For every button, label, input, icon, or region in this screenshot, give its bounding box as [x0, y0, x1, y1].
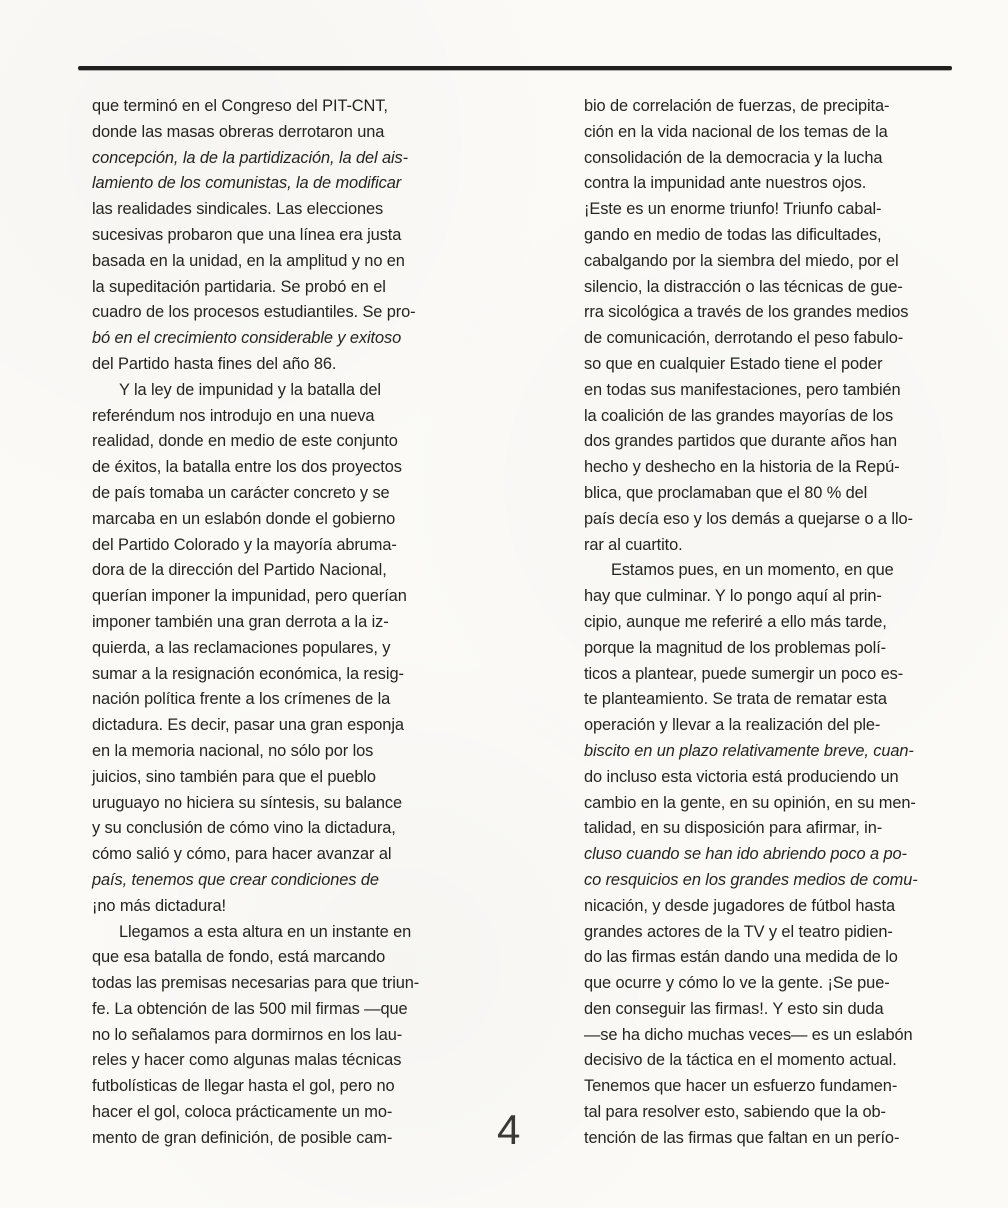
text-line: cluso cuando se han ido abriendo poco a … [584, 842, 950, 868]
text-line: de país tomaba un carácter concreto y se [92, 481, 458, 507]
text-line: Llegamos a esta altura en un instante en [119, 920, 458, 946]
text-line: del Partido Colorado y la mayoría abruma… [92, 533, 458, 559]
text-line: que terminó en el Congreso del PIT-CNT, [92, 94, 458, 120]
text-line: rra sicológica a través de los grandes m… [584, 300, 950, 326]
text-line: de éxitos, la batalla entre los dos proy… [92, 455, 458, 481]
text-line: grandes actores de la TV y el teatro pid… [584, 920, 950, 946]
text-line: imponer también una gran derrota a la iz… [92, 610, 458, 636]
text-line: querían imponer la impunidad, pero querí… [92, 584, 458, 610]
text-line: todas las premisas necesarias para que t… [92, 971, 458, 997]
text-line: operación y llevar a la realización del … [584, 713, 950, 739]
text-line: bio de correlación de fuerzas, de precip… [584, 94, 950, 120]
text-line: y su conclusión de cómo vino la dictadur… [92, 816, 458, 842]
text-line: cipio, aunque me referiré a ello más tar… [584, 610, 950, 636]
text-line: fe. La obtención de las 500 mil firmas —… [92, 997, 458, 1023]
text-line: sumar a la resignación económica, la res… [92, 662, 458, 688]
text-line: marcaba en un eslabón donde el gobierno [92, 507, 458, 533]
text-line: so que en cualquier Estado tiene el pode… [584, 352, 950, 378]
text-line: futbolísticas de llegar hasta el gol, pe… [92, 1074, 458, 1100]
text-line: quierda, a las reclamaciones populares, … [92, 636, 458, 662]
text-line: en la memoria nacional, no sólo por los [92, 739, 458, 765]
text-line: en todas sus manifestaciones, pero tambi… [584, 378, 950, 404]
text-line: referéndum nos introdujo en una nueva [92, 404, 458, 430]
text-line: ción en la vida nacional de los temas de… [584, 120, 950, 146]
text-line: talidad, en su disposición para afirmar,… [584, 816, 950, 842]
text-line: mento de gran definición, de posible cam… [92, 1126, 458, 1152]
text-line: cuadro de los procesos estudiantiles. Se… [92, 300, 458, 326]
text-line: Tenemos que hacer un esfuerzo fundamen- [584, 1074, 950, 1100]
text-line: del Partido hasta fines del año 86. [92, 352, 458, 378]
text-line: lamiento de los comunistas, la de modifi… [92, 171, 458, 197]
text-column-right: bio de correlación de fuerzas, de precip… [584, 94, 950, 1152]
text-line: país decía eso y los demás a quejarse o … [584, 507, 950, 533]
text-line: nación política frente a los crímenes de… [92, 687, 458, 713]
text-line: concepción, la de la partidización, la d… [92, 146, 458, 172]
text-line: do las firmas están dando una medida de … [584, 945, 950, 971]
text-line: juicios, sino también para que el pueblo [92, 765, 458, 791]
text-line: cómo salió y cómo, para hacer avanzar al [92, 842, 458, 868]
text-line: gando en medio de todas las dificultades… [584, 223, 950, 249]
document-page: que terminó en el Congreso del PIT-CNT,d… [0, 0, 1008, 1208]
text-line: do incluso esta victoria está produciend… [584, 765, 950, 791]
text-line: sucesivas probaron que una línea era jus… [92, 223, 458, 249]
text-line: uruguayo no hiciera su síntesis, su bala… [92, 791, 458, 817]
text-line: Y la ley de impunidad y la batalla del [119, 378, 458, 404]
text-line: de comunicación, derrotando el peso fabu… [584, 326, 950, 352]
text-line: que ocurre y cómo lo ve la gente. ¡Se pu… [584, 971, 950, 997]
text-line: que esa batalla de fondo, está marcando [92, 945, 458, 971]
text-line: hay que culminar. Y lo pongo aquí al pri… [584, 584, 950, 610]
text-line: —se ha dicho muchas veces— es un eslabón [584, 1023, 950, 1049]
text-line: realidad, donde en medio de este conjunt… [92, 429, 458, 455]
text-line: la supeditación partidaria. Se probó en … [92, 275, 458, 301]
text-line: no lo señalamos para dormirnos en los la… [92, 1023, 458, 1049]
text-line: ¡no más dictadura! [92, 894, 458, 920]
text-line: rar al cuartito. [584, 533, 950, 559]
text-line: Estamos pues, en un momento, en que [611, 558, 950, 584]
text-line: bó en el crecimiento considerable y exit… [92, 326, 458, 352]
text-line: las realidades sindicales. Las eleccione… [92, 197, 458, 223]
text-line: te planteamiento. Se trata de rematar es… [584, 687, 950, 713]
text-line: decisivo de la táctica en el momento act… [584, 1048, 950, 1074]
text-line: contra la impunidad ante nuestros ojos. [584, 171, 950, 197]
text-line: nicación, y desde jugadores de fútbol ha… [584, 894, 950, 920]
text-line: blica, que proclamaban que el 80 % del [584, 481, 950, 507]
text-line: cambio en la gente, en su opinión, en su… [584, 791, 950, 817]
text-line: cabalgando por la siembra del miedo, por… [584, 249, 950, 275]
page-number: 4 [497, 1108, 520, 1152]
text-line: silencio, la distracción o las técnicas … [584, 275, 950, 301]
text-line: hecho y deshecho en la historia de la Re… [584, 455, 950, 481]
text-line: país, tenemos que crear condiciones de [92, 868, 458, 894]
top-rule-divider [78, 66, 952, 70]
text-line: tal para resolver esto, sabiendo que la … [584, 1100, 950, 1126]
text-line: porque la magnitud de los problemas polí… [584, 636, 950, 662]
text-line: hacer el gol, coloca prácticamente un mo… [92, 1100, 458, 1126]
text-line: basada en la unidad, en la amplitud y no… [92, 249, 458, 275]
text-line: consolidación de la democracia y la luch… [584, 146, 950, 172]
text-column-left: que terminó en el Congreso del PIT-CNT,d… [92, 94, 458, 1152]
text-line: co resquicios en los grandes medios de c… [584, 868, 950, 894]
text-line: ticos a plantear, puede sumergir un poco… [584, 662, 950, 688]
text-line: biscito en un plazo relativamente breve,… [584, 739, 950, 765]
text-line: dora de la dirección del Partido Naciona… [92, 558, 458, 584]
text-line: den conseguir las firmas!. Y esto sin du… [584, 997, 950, 1023]
text-line: la coalición de las grandes mayorías de … [584, 404, 950, 430]
text-line: dos grandes partidos que durante años ha… [584, 429, 950, 455]
text-line: donde las masas obreras derrotaron una [92, 120, 458, 146]
text-line: ¡Este es un enorme triunfo! Triunfo caba… [584, 197, 950, 223]
text-line: tención de las firmas que faltan en un p… [584, 1126, 950, 1152]
text-line: dictadura. Es decir, pasar una gran espo… [92, 713, 458, 739]
text-line: reles y hacer como algunas malas técnica… [92, 1048, 458, 1074]
